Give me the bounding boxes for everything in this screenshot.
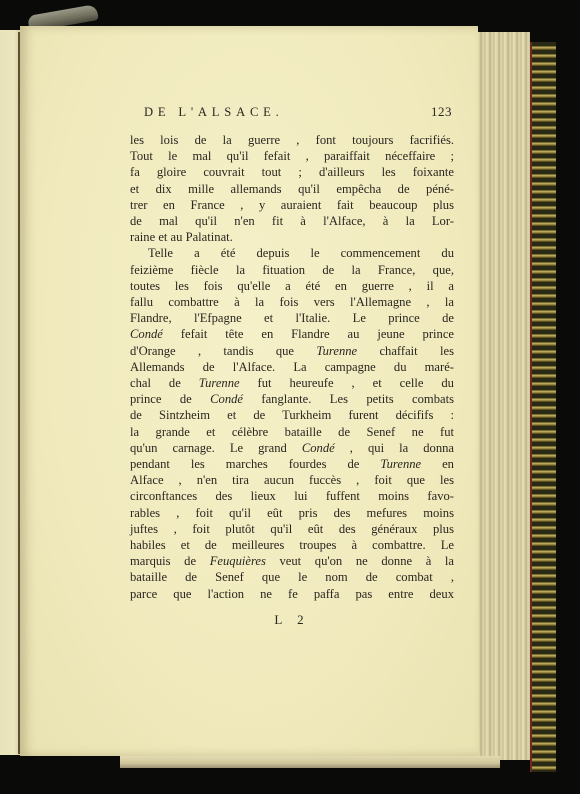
gilt-spine bbox=[530, 42, 556, 772]
text-line: de Sintzheim et de Turkheim furent décif… bbox=[130, 407, 454, 423]
text-line: la grande et célèbre bataille de Senef n… bbox=[130, 424, 454, 440]
running-head-title: DE L'ALSACE. bbox=[144, 104, 284, 120]
signature-mark: L 2 bbox=[130, 612, 454, 628]
italic-name: Feuquières bbox=[210, 554, 266, 568]
italic-name: Condé bbox=[302, 441, 335, 455]
italic-name: Turenne bbox=[199, 376, 240, 390]
italic-name: Condé bbox=[210, 392, 243, 406]
text-line: juftes , foit plutôt qu'il eût des génér… bbox=[130, 521, 454, 537]
body-text: les lois de la guerre , font toujours fa… bbox=[130, 132, 454, 602]
book-scan: DE L'ALSACE. 123 les lois de la guerre ,… bbox=[0, 0, 580, 794]
text-line: fallu combattre à la fois vers l'Allemag… bbox=[130, 294, 454, 310]
text-line: Alface , n'en tira aucun fuccès , foit q… bbox=[130, 472, 454, 488]
text-line: feizième fiècle la fituation de la Franc… bbox=[130, 262, 454, 278]
text-line: raine et au Palatinat. bbox=[130, 229, 454, 245]
text-line: Flandre, l'Efpagne et l'Italie. Le princ… bbox=[130, 310, 454, 326]
italic-name: Condé bbox=[130, 327, 163, 341]
text-line: pendant les marches fourdes de Turenne e… bbox=[130, 456, 454, 472]
text-line: et dix mille allemands qu'il empêcha de … bbox=[130, 181, 454, 197]
italic-name: Turenne bbox=[380, 457, 421, 471]
text-line: les lois de la guerre , font toujours fa… bbox=[130, 132, 454, 148]
text-line: rables , foit qu'il eût pris des mefures… bbox=[130, 505, 454, 521]
text-line: Tout le mal qu'il fefait , paraiffait né… bbox=[130, 148, 454, 164]
facing-page-edge bbox=[0, 30, 20, 755]
text-line: Allemands de l'Alface. La campagne du ma… bbox=[130, 359, 454, 375]
page-text-block: DE L'ALSACE. 123 les lois de la guerre ,… bbox=[130, 104, 454, 602]
text-line: fa gloire couvrait tout ; d'ailleurs les… bbox=[130, 164, 454, 180]
page-block-bottom bbox=[120, 756, 500, 768]
text-line: qu'un carnage. Le grand Condé , qui la d… bbox=[130, 440, 454, 456]
text-line: chal de Turenne fut heureufe , et celle … bbox=[130, 375, 454, 391]
text-line: parce que l'action ne fe paffa pas entre… bbox=[130, 586, 454, 602]
running-header: DE L'ALSACE. 123 bbox=[130, 104, 454, 122]
text-line: Condé fefait tête en Flandre au jeune pr… bbox=[130, 326, 454, 342]
text-line: de mal qu'il n'en fit à l'Alface, à la L… bbox=[130, 213, 454, 229]
text-line: prince de Condé fanglante. Les petits co… bbox=[130, 391, 454, 407]
text-line: toutes les fois qu'elle a été en guerre … bbox=[130, 278, 454, 294]
text-line: bataille de Senef que le nom de combat , bbox=[130, 569, 454, 585]
page-number: 123 bbox=[431, 104, 452, 120]
text-line: trer en France , y auraient fait beaucou… bbox=[130, 197, 454, 213]
page-block-edges bbox=[478, 32, 530, 760]
text-line: d'Orange , tandis que Turenne chaffait l… bbox=[130, 343, 454, 359]
text-line: circonftances des lieux lui fuffent moin… bbox=[130, 488, 454, 504]
text-line: habiles et de meilleures troupes à comba… bbox=[130, 537, 454, 553]
italic-name: Turenne bbox=[316, 344, 357, 358]
text-line: Telle a été depuis le commencement du bbox=[130, 245, 454, 261]
text-line: marquis de Feuquières veut qu'on ne donn… bbox=[130, 553, 454, 569]
